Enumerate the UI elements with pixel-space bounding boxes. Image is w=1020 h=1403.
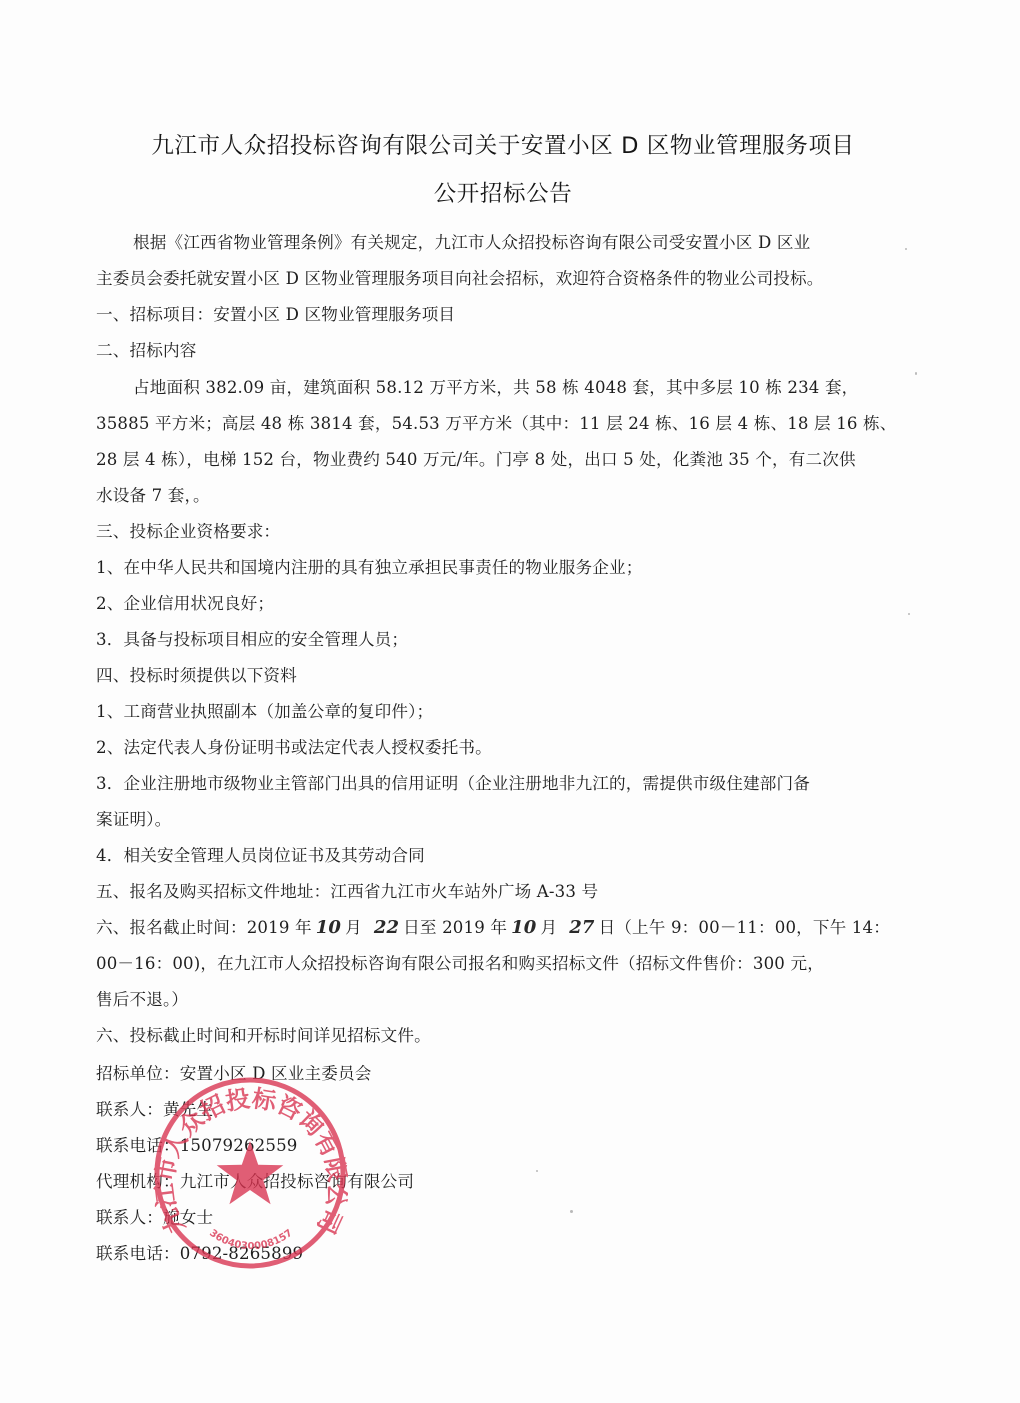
section-4-heading: 四、投标时须提供以下资料 <box>96 665 910 687</box>
intro-paragraph-line-2: 主委员会委托就安置小区 D 区物业管理服务项目向社会招标，欢迎符合资格条件的物业… <box>96 268 910 290</box>
tenderer-unit: 招标单位：安置小区 D 区业主委员会 <box>96 1063 910 1085</box>
handwritten-end-month: 10 <box>507 917 540 939</box>
scan-speck <box>915 372 917 375</box>
agency-phone: 联系电话：0792-8265899 <box>96 1243 910 1265</box>
material-item: 3．企业注册地市级物业主管部门出具的信用证明（企业注册地非九江的，需提供市级住建… <box>96 773 910 795</box>
handwritten-start-day: 22 <box>362 917 403 939</box>
material-item: 案证明）。 <box>96 809 910 831</box>
qualification-item: 3．具备与投标项目相应的安全管理人员； <box>96 629 910 651</box>
content-line: 35885 平方米；高层 48 栋 3814 套，54.53 万平方米（其中：1… <box>96 413 910 435</box>
month-label: 月 <box>540 918 557 937</box>
agency-contact-person: 联系人：施女士 <box>96 1207 910 1229</box>
section-5-address: 五、报名及购买招标文件地址：江西省九江市火车站外广场 A-33 号 <box>96 881 910 903</box>
section-3-heading: 三、投标企业资格要求： <box>96 521 910 543</box>
material-item: 2、法定代表人身份证明书或法定代表人授权委托书。 <box>96 737 910 759</box>
material-item: 4．相关安全管理人员岗位证书及其劳动合同 <box>96 845 910 867</box>
agency-name: 代理机构：九江市人众招投标咨询有限公司 <box>96 1171 910 1193</box>
registration-suffix: 日（上午 9：00－11：00，下午 14： <box>599 918 890 937</box>
content-line: 占地面积 382.09 亩，建筑面积 58.12 万平方米，共 58 栋 404… <box>133 377 947 399</box>
section-1-project: 一、招标项目：安置小区 D 区物业管理服务项目 <box>96 304 910 326</box>
section-6-registration-time: 六、报名截止时间：2019 年10月22日至 2019 年10月27日（上午 9… <box>96 917 910 939</box>
handwritten-end-day: 27 <box>557 917 598 939</box>
section-2-heading: 二、招标内容 <box>96 340 910 362</box>
section-6-line-2: 00－16：00)，在九江市人众招投标咨询有限公司报名和购买招标文件（招标文件售… <box>96 953 910 975</box>
month-label: 月 <box>345 918 362 937</box>
registration-prefix: 六、报名截止时间：2019 年 <box>96 918 312 937</box>
section-6-line-3: 售后不退。） <box>96 989 910 1011</box>
handwritten-start-month: 10 <box>312 917 345 939</box>
qualification-item: 2、企业信用状况良好； <box>96 593 910 615</box>
content-line: 28 层 4 栋），电梯 152 台，物业费约 540 万元/年。门亭 8 处，… <box>96 449 910 471</box>
qualification-item: 1、在中华人民共和国境内注册的具有独立承担民事责任的物业服务企业； <box>96 557 910 579</box>
section-6b-bid-deadline: 六、投标截止时间和开标时间详见招标文件。 <box>96 1025 910 1047</box>
registration-mid: 日至 2019 年 <box>403 918 507 937</box>
document-title-line-1: 九江市人众招投标咨询有限公司关于安置小区 D 区物业管理服务项目 <box>96 128 910 160</box>
content-line: 水设备 7 套，。 <box>96 485 910 507</box>
tenderer-contact-person: 联系人：黄先生 <box>96 1099 910 1121</box>
intro-paragraph-line-1: 根据《江西省物业管理条例》有关规定，九江市人众招投标咨询有限公司受安置小区 D … <box>133 232 947 254</box>
document-title-line-2: 公开招标公告 <box>96 176 910 208</box>
tenderer-phone: 联系电话：15079262559 <box>96 1135 910 1157</box>
document-page: 九江市人众招投标咨询有限公司关于安置小区 D 区物业管理服务项目 公开招标公告 … <box>0 0 1020 1403</box>
material-item: 1、工商营业执照副本（加盖公章的复印件）； <box>96 701 910 723</box>
